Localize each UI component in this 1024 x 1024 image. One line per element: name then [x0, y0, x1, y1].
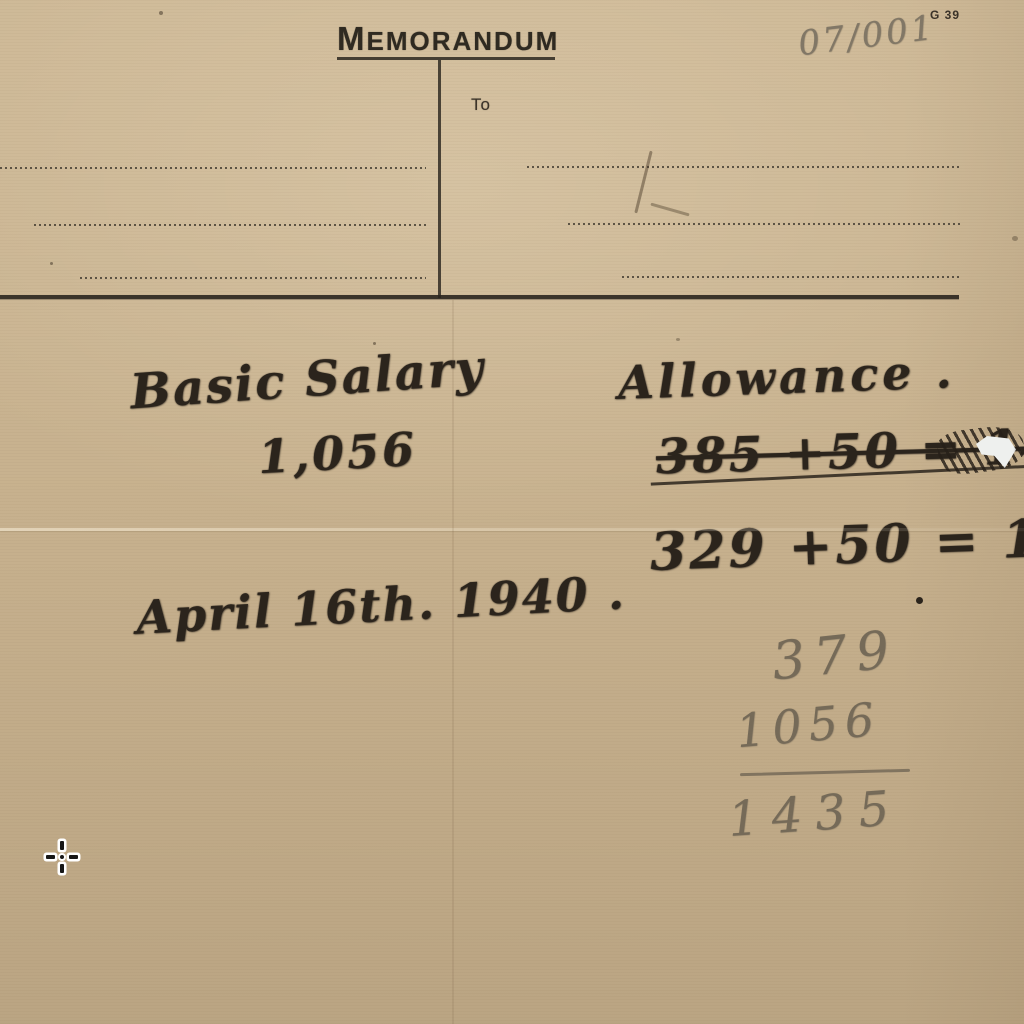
paper-fold-vertical — [452, 300, 454, 1024]
crosshair-right-bar — [69, 855, 78, 859]
pencil-sum-addend-1: 379 — [769, 620, 901, 693]
title-underline — [337, 57, 555, 60]
crosshair-cursor-icon — [46, 841, 78, 873]
handwritten-salary-label: Basic Salary — [128, 340, 486, 421]
paper-tear-mark-branch — [650, 203, 689, 217]
pencil-sum-rule — [740, 769, 910, 776]
dotted-line-left-3 — [80, 277, 426, 279]
paper-speck — [1012, 236, 1018, 241]
crosshair-top-bar — [60, 841, 64, 850]
handwritten-allowance-label: Allowance . — [617, 344, 956, 410]
dotted-line-right-2 — [568, 223, 961, 225]
to-field-label: To — [471, 95, 491, 115]
paper-speck — [50, 262, 53, 265]
pencil-sum-total: 1435 — [726, 780, 904, 848]
crosshair-bottom-bar — [60, 864, 64, 873]
crosshair-center-dot — [60, 855, 64, 859]
handwritten-allowance-revised: 329 +50 = 1,4 — [649, 506, 1024, 583]
header-bottom-rule — [0, 295, 959, 299]
paper-speck — [159, 11, 163, 15]
handwritten-salary-value: 1,056 — [257, 422, 419, 484]
dotted-line-left-2 — [34, 224, 426, 226]
paper-speck — [373, 342, 376, 345]
memorandum-paper: MEMORANDUM To G 39 07/001 Basic Salary 1… — [0, 0, 1024, 1024]
dotted-line-right-1 — [527, 166, 961, 168]
paper-speck — [676, 338, 680, 341]
dotted-line-left-1 — [0, 167, 426, 169]
dotted-line-right-3 — [622, 276, 961, 278]
memorandum-title: MEMORANDUM — [337, 20, 559, 58]
ink-dot — [916, 597, 923, 604]
crosshair-left-bar — [46, 855, 55, 859]
paper-crease-horizontal — [0, 528, 1024, 531]
header-vertical-divider — [438, 60, 441, 298]
reference-number-handwritten: 07/001 — [796, 8, 937, 64]
pencil-sum-addend-2: 1056 — [734, 692, 883, 758]
handwritten-date: April 16th. 1940 . — [135, 565, 627, 645]
